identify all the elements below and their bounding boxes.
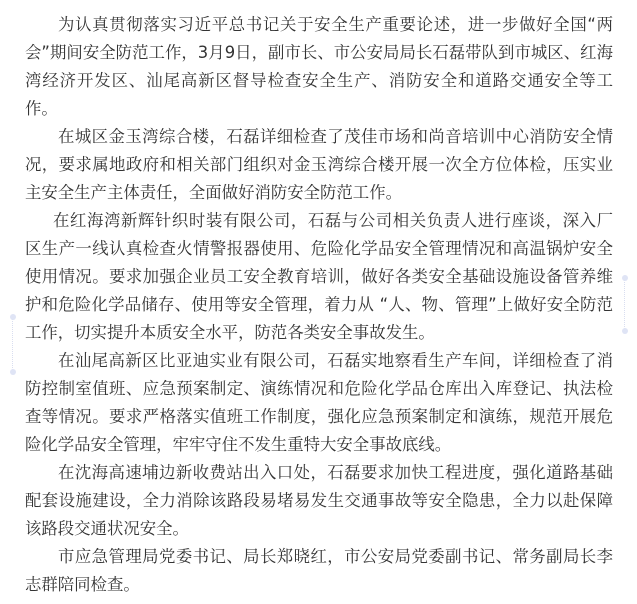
text-line: 况，要求属地政府和相关部门组织对金玉湾综合楼开展一次全方位体检，压实业 (25, 151, 613, 179)
text-line: 作。 (25, 95, 613, 123)
text-line: 为认真贯彻落实习近平总书记关于安全生产重要论述，进一步做好全国“两 (25, 11, 613, 39)
text-line: 在红海湾新辉针织时装有限公司，石磊与公司相关负责人进行座谈，深入厂 (25, 207, 613, 235)
text-line: 护和危险化学品储存、使用等安全管理，着力从 “人、物、管理”上做好安全防范 (25, 291, 613, 319)
paragraph-honghaiwan: 在红海湾新辉针织时装有限公司，石磊与公司相关负责人进行座谈，深入厂 区生产一线认… (25, 207, 613, 347)
paragraph-byd: 在汕尾高新区比亚迪实业有限公司，石磊实地察看生产车间，详细检查了消 防控制室值班… (25, 347, 613, 459)
text-line: 工作，切实提升本质安全水平，防范各类安全事故发生。 (25, 319, 613, 347)
text-line: 使用情况。要求加强企业员工安全教育培训，做好各类安全基础设施设备管养维 (25, 263, 613, 291)
text-line: 志群陪同检查。 (25, 571, 613, 599)
text-line: 主安全生产主体责任，全面做好消防安全防范工作。 (25, 179, 613, 207)
text-line: 在汕尾高新区比亚迪实业有限公司，石磊实地察看生产车间，详细检查了消 (25, 347, 613, 375)
text-line: 配套设施建设，全力消除该路段易堵易发生交通事故等安全隐患，全力以赴保障 (25, 487, 613, 515)
article-body: 为认真贯彻落实习近平总书记关于安全生产重要论述，进一步做好全国“两 会”期间安全… (25, 11, 613, 599)
paragraph-toll-station: 在沈海高速埔边新收费站出入口处，石磊要求加快工程进度，强化道路基础 配套设施建设… (25, 459, 613, 543)
decorative-dotted-line-right (624, 278, 625, 331)
text-line: 湾经济开发区、汕尾高新区督导检查安全生产、消防安全和道路交通安全等工 (25, 67, 613, 95)
text-line: 在城区金玉湾综合楼，石磊详细检查了茂佳市场和尚音培训中心消防安全情 (25, 123, 613, 151)
dot-icon (10, 369, 16, 375)
dot-icon (10, 314, 16, 320)
text-line: 在沈海高速埔边新收费站出入口处，石磊要求加快工程进度，强化道路基础 (25, 459, 613, 487)
text-line: 险化学品安全管理，牢牢守住不发生重特大安全事故底线。 (25, 431, 613, 459)
text-line: 区生产一线认真检查火情警报器使用、危险化学品安全管理情况和高温锅炉安全 (25, 235, 613, 263)
dot-icon (622, 275, 628, 281)
text-line: 防控制室值班、应急预案制定、演练情况和危险化学品仓库出入库登记、执法检 (25, 375, 613, 403)
text-line: 该路段交通状况安全。 (25, 515, 613, 543)
text-line: 查等情况。要求严格落实值班工作制度，强化应急预案制定和演练，规范开展危 (25, 403, 613, 431)
paragraph-intro: 为认真贯彻落实习近平总书记关于安全生产重要论述，进一步做好全国“两 会”期间安全… (25, 11, 613, 123)
decorative-dotted-line-left (12, 317, 13, 372)
paragraph-jinyuwan: 在城区金玉湾综合楼，石磊详细检查了茂佳市场和尚音培训中心消防安全情 况，要求属地… (25, 123, 613, 207)
dot-icon (622, 328, 628, 334)
paragraph-accompanying: 市应急管理局党委书记、局长郑晓红，市公安局党委副书记、常务副局长李 志群陪同检查… (25, 543, 613, 599)
text-line: 市应急管理局党委书记、局长郑晓红，市公安局党委副书记、常务副局长李 (25, 543, 613, 571)
text-line: 会”期间安全防范工作，3月9日，副市长、市公安局局长石磊带队到市城区、红海 (25, 39, 613, 67)
